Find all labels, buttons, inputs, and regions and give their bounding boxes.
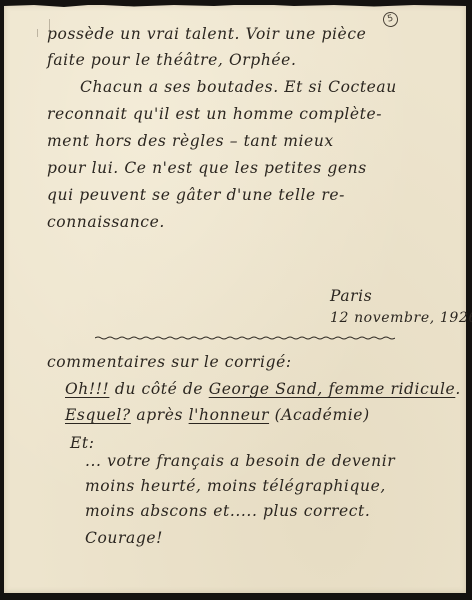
text-line: possède un vrai talent. Voir une pièce bbox=[47, 27, 366, 43]
text-line: reconnait qu'il est un homme complète- bbox=[47, 107, 382, 123]
et-label: Et: bbox=[70, 436, 95, 452]
date: 12 novembre, 1926 bbox=[330, 311, 472, 325]
underlined-text: Esquel? bbox=[65, 406, 131, 424]
page-number: 5 bbox=[382, 11, 400, 29]
place: Paris bbox=[330, 289, 372, 305]
closing: Courage! bbox=[85, 531, 163, 547]
underlined-text: l'honneur bbox=[189, 406, 269, 424]
text: après bbox=[131, 406, 189, 424]
torn-top-edge bbox=[4, 3, 466, 9]
quote-line: ... votre français a besoin de devenir bbox=[85, 454, 395, 470]
wavy-separator bbox=[95, 334, 395, 346]
text-line: ment hors des règles – tant mieux bbox=[47, 134, 334, 150]
quote-line: moins heurté, moins télégraphique, bbox=[85, 479, 386, 495]
manuscript-page: 5 possède un vrai talent. Voir une pièce… bbox=[4, 5, 466, 593]
text: du côté de bbox=[109, 380, 208, 398]
text: . bbox=[455, 380, 461, 398]
text-line: Chacun a ses boutades. Et si Cocteau bbox=[80, 80, 397, 96]
underlined-text: Oh!!! bbox=[65, 380, 109, 398]
quote-line: moins abscons et..... plus correct. bbox=[85, 504, 370, 520]
underlined-text: George Sand, femme ridicule bbox=[209, 380, 456, 398]
text-line: pour lui. Ce n'est que les petites gens bbox=[47, 161, 367, 177]
comments-heading: commentaires sur le corrigé: bbox=[47, 355, 292, 371]
text-line: connaissance. bbox=[47, 215, 165, 231]
pencil-mark bbox=[37, 29, 38, 37]
text: (Académie) bbox=[269, 406, 370, 424]
comment-line: Oh!!! du côté de George Sand, femme ridi… bbox=[65, 382, 461, 398]
text-line: qui peuvent se gâter d'une telle re- bbox=[47, 188, 345, 204]
comment-line: Esquel? après l'honneur (Académie) bbox=[65, 408, 370, 424]
text-line: faite pour le théâtre, Orphée. bbox=[47, 53, 296, 69]
